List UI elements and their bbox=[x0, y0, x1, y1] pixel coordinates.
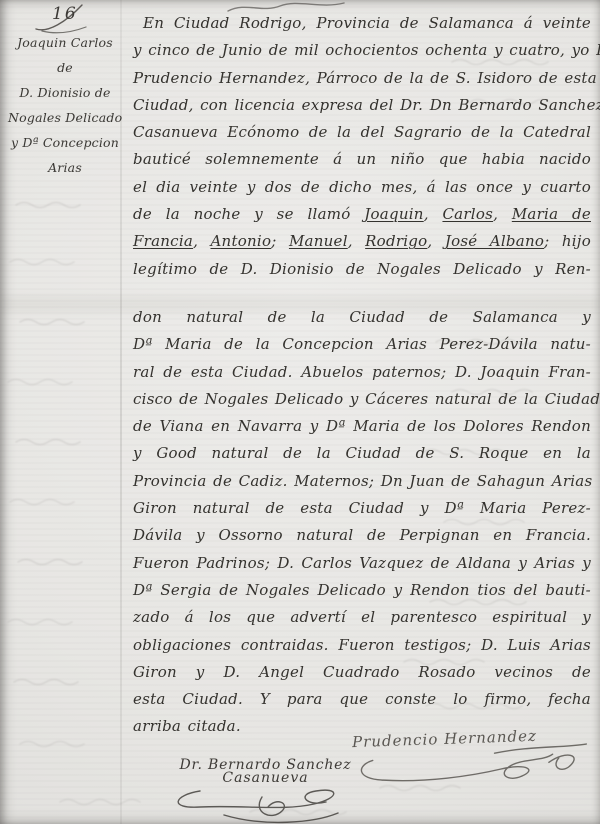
underlined-name: Manuel bbox=[289, 232, 348, 250]
manuscript-line: En Ciudad Rodrigo, Provincia de Salamanc… bbox=[133, 10, 591, 37]
entry-number: 16 bbox=[52, 4, 78, 24]
text-segment: , bbox=[427, 232, 444, 250]
manuscript-line: y Good natural de la Ciudad de S. Roque … bbox=[133, 440, 591, 467]
text-segment: Joaquin Carlos bbox=[17, 35, 113, 50]
text-segment: don natural de la Ciudad de Salamanca y bbox=[133, 308, 591, 326]
text-segment: , bbox=[193, 232, 210, 250]
text-segment: Provincia de Cadiz. Maternos; Dn Juan de… bbox=[133, 472, 592, 490]
manuscript-line: de Viana en Navarra y Dª Maria de los Do… bbox=[133, 413, 591, 440]
underlined-name: Antonio bbox=[210, 232, 271, 250]
record-body: En Ciudad Rodrigo, Provincia de Salamanc… bbox=[133, 10, 591, 741]
manuscript-line: zado á los que advertí el parentesco esp… bbox=[133, 604, 591, 631]
text-segment: Arias bbox=[48, 160, 82, 175]
manuscript-line: Fueron Padrinos; D. Carlos Vazquez de Al… bbox=[133, 550, 591, 577]
text-segment: Casanueva Ecónomo de la del Sagrario de … bbox=[133, 123, 591, 141]
signature-bernardo-sanchez-casanueva: Dr. Bernardo Sanchez Casanueva bbox=[148, 757, 383, 786]
text-segment: , bbox=[348, 232, 365, 250]
manuscript-line: Provincia de Cadiz. Maternos; Dn Juan de… bbox=[133, 468, 591, 495]
manuscript-line: bauticé solemnemente á un niño que habia… bbox=[133, 146, 591, 173]
manuscript-line: Dª Sergia de Nogales Delicado y Rendon t… bbox=[133, 577, 591, 604]
text-segment: Nogales Delicado bbox=[8, 110, 122, 125]
text-segment: de bbox=[57, 60, 73, 75]
manuscript-line: y Dª Concepcion bbox=[8, 130, 122, 155]
record-paragraph-2: don natural de la Ciudad de Salamanca yD… bbox=[133, 304, 591, 741]
manuscript-line: Giron y D. Angel Cuadrado Rosado vecinos… bbox=[133, 659, 591, 686]
text-segment: cisco de Nogales Delicado y Cáceres natu… bbox=[133, 390, 600, 408]
text-segment: de Viana en Navarra y Dª Maria de los Do… bbox=[133, 417, 591, 435]
text-segment: obligaciones contraidas. Fueron testigos… bbox=[133, 636, 591, 654]
manuscript-line: Ciudad, con licencia expresa del Dr. Dn … bbox=[133, 92, 591, 119]
manuscript-line: Prudencio Hernandez, Párroco de la de S.… bbox=[133, 65, 591, 92]
manuscript-line: don natural de la Ciudad de Salamanca y bbox=[133, 304, 591, 331]
text-segment: de la noche y se llamó bbox=[133, 205, 364, 223]
manuscript-line: Dávila y Ossorno natural de Perpignan en… bbox=[133, 522, 591, 549]
text-segment: zado á los que advertí el parentesco esp… bbox=[133, 608, 591, 626]
signature-rubric bbox=[166, 785, 366, 824]
text-segment: D. Dionisio de bbox=[19, 85, 110, 100]
underlined-name: Francia bbox=[133, 232, 193, 250]
text-segment: ; bbox=[271, 232, 289, 250]
manuscript-line: esta Ciudad. Y para que conste lo firmo,… bbox=[133, 686, 591, 713]
text-segment: , bbox=[424, 205, 443, 223]
manuscript-line: Giron natural de esta Ciudad y Dª Maria … bbox=[133, 495, 591, 522]
manuscript-line: de bbox=[8, 55, 122, 80]
underlined-name: Joaquin bbox=[364, 205, 423, 223]
text-segment: esta Ciudad. Y para que conste lo firmo,… bbox=[133, 690, 591, 708]
manuscript-line: ral de esta Ciudad. Abuelos paternos; D.… bbox=[133, 359, 591, 386]
underlined-name: José Albano bbox=[445, 232, 544, 250]
manuscript-line: Nogales Delicado bbox=[8, 105, 122, 130]
manuscript-line: Casanueva Ecónomo de la del Sagrario de … bbox=[133, 119, 591, 146]
underlined-name: Maria de bbox=[512, 205, 591, 223]
manuscript-line: Joaquin Carlos bbox=[8, 30, 122, 55]
text-segment: Dávila y Ossorno natural de Perpignan en… bbox=[133, 526, 591, 544]
text-segment: Prudencio Hernandez, Párroco de la de S.… bbox=[133, 69, 597, 87]
text-segment: Dª Maria de la Concepcion Arias Perez-Dá… bbox=[133, 335, 591, 353]
manuscript-line: Arias bbox=[8, 155, 122, 180]
manuscript-line: obligaciones contraidas. Fueron testigos… bbox=[133, 632, 591, 659]
text-segment: Giron natural de esta Ciudad y Dª Maria … bbox=[133, 499, 591, 517]
manuscript-line: legítimo de D. Dionisio de Nogales Delic… bbox=[133, 256, 591, 283]
text-segment: Giron y D. Angel Cuadrado Rosado vecinos… bbox=[133, 663, 591, 681]
text-segment: , bbox=[493, 205, 512, 223]
text-segment: ; hijo bbox=[544, 232, 591, 250]
manuscript-line: el dia veinte y dos de dicho mes, á las … bbox=[133, 174, 591, 201]
manuscript-page: 16 Joaquin CarlosdeD. Dionisio deNogales… bbox=[0, 0, 600, 824]
record-paragraph-1: En Ciudad Rodrigo, Provincia de Salamanc… bbox=[133, 10, 591, 283]
margin-note: Joaquin CarlosdeD. Dionisio deNogales De… bbox=[8, 30, 122, 180]
manuscript-line: y cinco de Junio de mil ochocientos oche… bbox=[133, 37, 591, 64]
text-segment: legítimo de D. Dionisio de Nogales Delic… bbox=[133, 260, 591, 278]
text-segment: ral de esta Ciudad. Abuelos paternos; D.… bbox=[133, 363, 591, 381]
text-segment: bauticé solemnemente á un niño que habia… bbox=[133, 150, 591, 168]
signature-rubric bbox=[352, 741, 592, 797]
text-segment: y cinco de Junio de mil ochocientos oche… bbox=[133, 41, 600, 59]
manuscript-line: de la noche y se llamó Joaquin, Carlos, … bbox=[133, 201, 591, 228]
underlined-name: Rodrigo bbox=[365, 232, 427, 250]
text-segment: y Dª Concepcion bbox=[11, 135, 119, 150]
text-segment: arriba citada. bbox=[133, 717, 241, 735]
text-segment: Ciudad, con licencia expresa del Dr. Dn … bbox=[133, 96, 600, 114]
underlined-name: Carlos bbox=[442, 205, 493, 223]
manuscript-line: Francia, Antonio; Manuel, Rodrigo, José … bbox=[133, 228, 591, 255]
text-segment: Fueron Padrinos; D. Carlos Vazquez de Al… bbox=[133, 554, 591, 572]
manuscript-line: Dª Maria de la Concepcion Arias Perez-Dá… bbox=[133, 331, 591, 358]
manuscript-line: cisco de Nogales Delicado y Cáceres natu… bbox=[133, 386, 591, 413]
text-segment: Dª Sergia de Nogales Delicado y Rendon t… bbox=[133, 581, 591, 599]
text-segment: En Ciudad Rodrigo, Provincia de Salamanc… bbox=[143, 14, 591, 32]
manuscript-line: D. Dionisio de bbox=[8, 80, 122, 105]
text-segment: el dia veinte y dos de dicho mes, á las … bbox=[133, 178, 591, 196]
text-segment: y Good natural de la Ciudad de S. Roque … bbox=[133, 444, 591, 462]
